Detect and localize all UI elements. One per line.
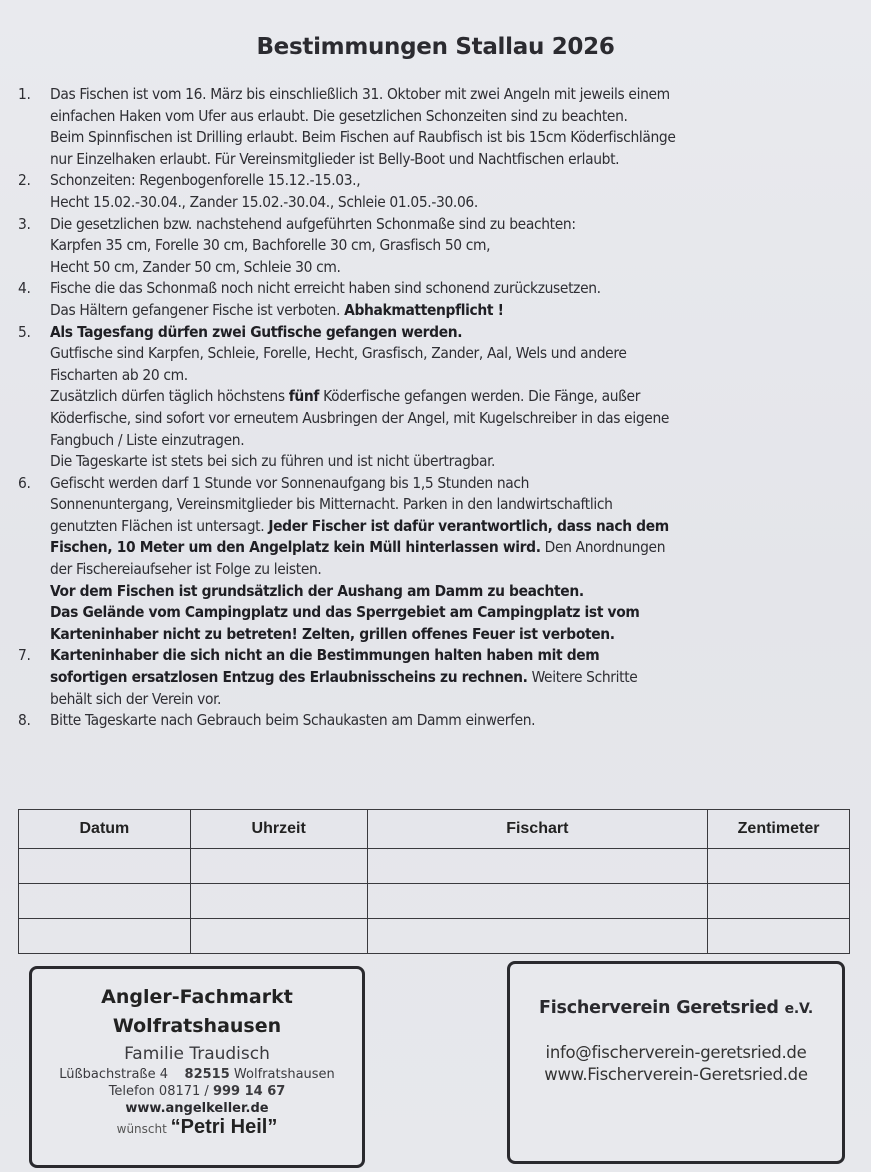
rule-bold-text: Abhakmattenpflicht ! [344,301,504,319]
rule-line: Fangbuch / Liste einzutragen. [50,430,858,452]
rule-line: Das Gelände vom Campingplatz und das Spe… [50,602,858,624]
document-page: Bestimmungen Stallau 2026 1.Das Fischen … [0,0,871,1172]
rule-line: Karpfen 35 cm, Forelle 30 cm, Bachforell… [50,235,858,257]
rule-bold-text: Karteninhaber nicht zu betreten! Zelten,… [50,625,615,643]
shop-website: www.angelkeller.de [32,1101,362,1116]
rule-text-segment: Die Tageskarte ist stets bei sich zu füh… [50,452,495,470]
rule-number: 3. [18,214,50,279]
club-suffix: e.V. [785,1001,813,1017]
rule-number: 1. [18,84,50,170]
rule-line: Das Fischen ist vom 16. März bis einschl… [50,84,858,106]
club-website: www.Fischerverein-Geretsried.de [510,1064,842,1086]
rule-item: 8.Bitte Tageskarte nach Gebrauch beim Sc… [18,710,858,732]
rule-line: Beim Spinnfischen ist Drilling erlaubt. … [50,127,858,149]
rule-line: behält sich der Verein vor. [50,689,858,711]
rule-number: 2. [18,170,50,213]
rule-text: Als Tagesfang dürfen zwei Gutfische gefa… [50,322,858,473]
rule-text-segment: Beim Spinnfischen ist Drilling erlaubt. … [50,128,676,146]
shop-name-line2: Wolfratshausen [32,1012,362,1041]
rule-item: 6.Gefischt werden darf 1 Stunde vor Sonn… [18,473,858,646]
rule-text-segment: Den Anordnungen [541,538,666,556]
shop-phone: Telefon 08171 / 999 14 67 [32,1084,362,1099]
rule-text-segment: Zusätzlich dürfen täglich höchstens [50,387,289,405]
table-cell [190,919,367,954]
shop-advert-box: Angler-Fachmarkt Wolfratshausen Familie … [29,966,365,1168]
rule-line: Als Tagesfang dürfen zwei Gutfische gefa… [50,322,858,344]
rule-bold-text: sofortigen ersatzlosen Entzug des Erlaub… [50,668,528,686]
table-cell [19,919,191,954]
shop-street: Lüßbachstraße 4 [59,1067,168,1082]
rule-line: Zusätzlich dürfen täglich höchstens fünf… [50,386,858,408]
table-cell [367,849,708,884]
rule-line: sofortigen ersatzlosen Entzug des Erlaub… [50,667,858,689]
rule-text-segment: Hecht 15.02.-30.04., Zander 15.02.-30.04… [50,193,478,211]
club-name: Fischerverein Geretsried e.V. [510,998,842,1018]
shop-name-line1: Angler-Fachmarkt [32,983,362,1012]
rule-item: 5.Als Tagesfang dürfen zwei Gutfische ge… [18,322,858,473]
greeting-prefix: wünscht [117,1122,171,1136]
rule-text-segment: einfachen Haken vom Ufer aus erlaubt. Di… [50,107,628,125]
rule-bold-text: Vor dem Fischen ist grundsätzlich der Au… [50,582,584,600]
table-cell [708,919,850,954]
table-cell [708,884,850,919]
rule-text-segment: Fische die das Schonmaß noch nicht errei… [50,279,601,297]
column-header-zentimeter: Zentimeter [708,810,850,849]
rule-text: Die gesetzlichen bzw. nachstehend aufgef… [50,214,858,279]
rule-text-segment: Das Hältern gefangener Fische ist verbot… [50,301,344,319]
shop-name: Angler-Fachmarkt Wolfratshausen [32,983,362,1041]
rule-bold-text: Fischen, 10 Meter um den Angelplatz kein… [50,538,541,556]
rule-text: Karteninhaber die sich nicht an die Best… [50,645,858,710]
rule-line: Vor dem Fischen ist grundsätzlich der Au… [50,581,858,603]
rule-text: Schonzeiten: Regenbogenforelle 15.12.-15… [50,170,858,213]
table-cell [367,919,708,954]
rule-line: Karteninhaber nicht zu betreten! Zelten,… [50,624,858,646]
club-contact: info@fischerverein-geretsried.de www.Fis… [510,1042,842,1086]
rule-line: nur Einzelhaken erlaubt. Für Vereinsmitg… [50,149,858,171]
rule-text-segment: Gutfische sind Karpfen, Schleie, Forelle… [50,344,627,362]
rule-text-segment: Fischarten ab 20 cm. [50,366,188,384]
rule-text-segment: Köderfische gefangen werden. Die Fänge, … [319,387,640,405]
shop-address: Lüßbachstraße 4 82515 Wolfratshausen [32,1067,362,1082]
rule-line: einfachen Haken vom Ufer aus erlaubt. Di… [50,106,858,128]
rule-line: Karteninhaber die sich nicht an die Best… [50,645,858,667]
rule-line: Hecht 15.02.-30.04., Zander 15.02.-30.04… [50,192,858,214]
rule-number: 6. [18,473,50,646]
table-row [19,884,850,919]
club-info-box: Fischerverein Geretsried e.V. info@fisch… [507,961,845,1164]
rule-number: 4. [18,278,50,321]
rule-item: 7.Karteninhaber die sich nicht an die Be… [18,645,858,710]
rule-bold-text: Das Gelände vom Campingplatz und das Spe… [50,603,639,621]
rule-text: Das Fischen ist vom 16. März bis einschl… [50,84,858,170]
rule-line: der Fischereiaufseher ist Folge zu leist… [50,559,858,581]
rule-text-segment: Bitte Tageskarte nach Gebrauch beim Scha… [50,711,535,729]
rule-line: Die Tageskarte ist stets bei sich zu füh… [50,451,858,473]
table-row [19,849,850,884]
rule-text-segment: Fangbuch / Liste einzutragen. [50,431,244,449]
table-row [19,919,850,954]
rule-number: 5. [18,322,50,473]
rule-text-segment: nur Einzelhaken erlaubt. Für Vereinsmitg… [50,150,619,168]
rule-line: Das Hältern gefangener Fische ist verbot… [50,300,858,322]
rule-text-segment: Schonzeiten: Regenbogenforelle 15.12.-15… [50,171,360,189]
shop-phone-label: Telefon 08171 / [109,1084,213,1099]
rule-text-segment: der Fischereiaufseher ist Folge zu leist… [50,560,321,578]
rule-text: Gefischt werden darf 1 Stunde vor Sonnen… [50,473,858,646]
shop-phone-number: 999 14 67 [213,1084,285,1099]
rule-line: Schonzeiten: Regenbogenforelle 15.12.-15… [50,170,858,192]
rule-bold-text: Jeder Fischer ist dafür verantwortlich, … [268,517,669,535]
rule-line: Hecht 50 cm, Zander 50 cm, Schleie 30 cm… [50,257,858,279]
column-header-datum: Datum [19,810,191,849]
rule-text-segment: Gefischt werden darf 1 Stunde vor Sonnen… [50,474,529,492]
column-header-uhrzeit: Uhrzeit [190,810,367,849]
rule-text-segment: Weitere Schritte [528,668,638,686]
rule-line: Die gesetzlichen bzw. nachstehend aufgef… [50,214,858,236]
column-header-fischart: Fischart [367,810,708,849]
club-name-text: Fischerverein Geretsried [539,998,779,1018]
table-header-row: Datum Uhrzeit Fischart Zentimeter [19,810,850,849]
table-cell [19,884,191,919]
shop-owner: Familie Traudisch [32,1044,362,1064]
rule-text-segment: Köderfische, sind sofort vor erneutem Au… [50,409,669,427]
shop-city: Wolfratshausen [234,1067,335,1082]
rule-item: 1.Das Fischen ist vom 16. März bis einsc… [18,84,858,170]
rule-line: Gefischt werden darf 1 Stunde vor Sonnen… [50,473,858,495]
rule-text-segment: Die gesetzlichen bzw. nachstehend aufgef… [50,215,576,233]
page-title: Bestimmungen Stallau 2026 [0,34,871,60]
rule-text-segment: Hecht 50 cm, Zander 50 cm, Schleie 30 cm… [50,258,341,276]
catch-log-table: Datum Uhrzeit Fischart Zentimeter [18,809,850,954]
rule-text-segment: genutzten Flächen ist untersagt. [50,517,268,535]
rule-item: 3.Die gesetzlichen bzw. nachstehend aufg… [18,214,858,279]
rule-bold-text: Karteninhaber die sich nicht an die Best… [50,646,599,664]
rule-text-segment: behält sich der Verein vor. [50,690,221,708]
greeting-text: “Petri Heil” [171,1116,278,1138]
club-email: info@fischerverein-geretsried.de [510,1042,842,1064]
rule-bold-text: fünf [289,387,319,405]
rule-line: Bitte Tageskarte nach Gebrauch beim Scha… [50,710,858,732]
table-cell [190,884,367,919]
shop-greeting: wünscht “Petri Heil” [32,1116,362,1139]
table-cell [367,884,708,919]
rule-line: Köderfische, sind sofort vor erneutem Au… [50,408,858,430]
rule-item: 4.Fische die das Schonmaß noch nicht err… [18,278,858,321]
rule-line: Fischarten ab 20 cm. [50,365,858,387]
rule-text: Bitte Tageskarte nach Gebrauch beim Scha… [50,710,858,732]
table-cell [19,849,191,884]
rule-line: Sonnenuntergang, Vereinsmitglieder bis M… [50,494,858,516]
table-cell [190,849,367,884]
rule-line: Gutfische sind Karpfen, Schleie, Forelle… [50,343,858,365]
rule-item: 2.Schonzeiten: Regenbogenforelle 15.12.-… [18,170,858,213]
rule-number: 8. [18,710,50,732]
rule-line: genutzten Flächen ist untersagt. Jeder F… [50,516,858,538]
rules-list: 1.Das Fischen ist vom 16. März bis einsc… [18,84,858,732]
shop-postcode: 82515 [185,1067,230,1082]
rule-number: 7. [18,645,50,710]
rule-line: Fische die das Schonmaß noch nicht errei… [50,278,858,300]
rule-line: Fischen, 10 Meter um den Angelplatz kein… [50,537,858,559]
rule-text-segment: Das Fischen ist vom 16. März bis einschl… [50,85,670,103]
rule-text: Fische die das Schonmaß noch nicht errei… [50,278,858,321]
rule-text-segment: Karpfen 35 cm, Forelle 30 cm, Bachforell… [50,236,490,254]
rule-text-segment: Sonnenuntergang, Vereinsmitglieder bis M… [50,495,613,513]
table-cell [708,849,850,884]
rule-bold-text: Als Tagesfang dürfen zwei Gutfische gefa… [50,323,462,341]
